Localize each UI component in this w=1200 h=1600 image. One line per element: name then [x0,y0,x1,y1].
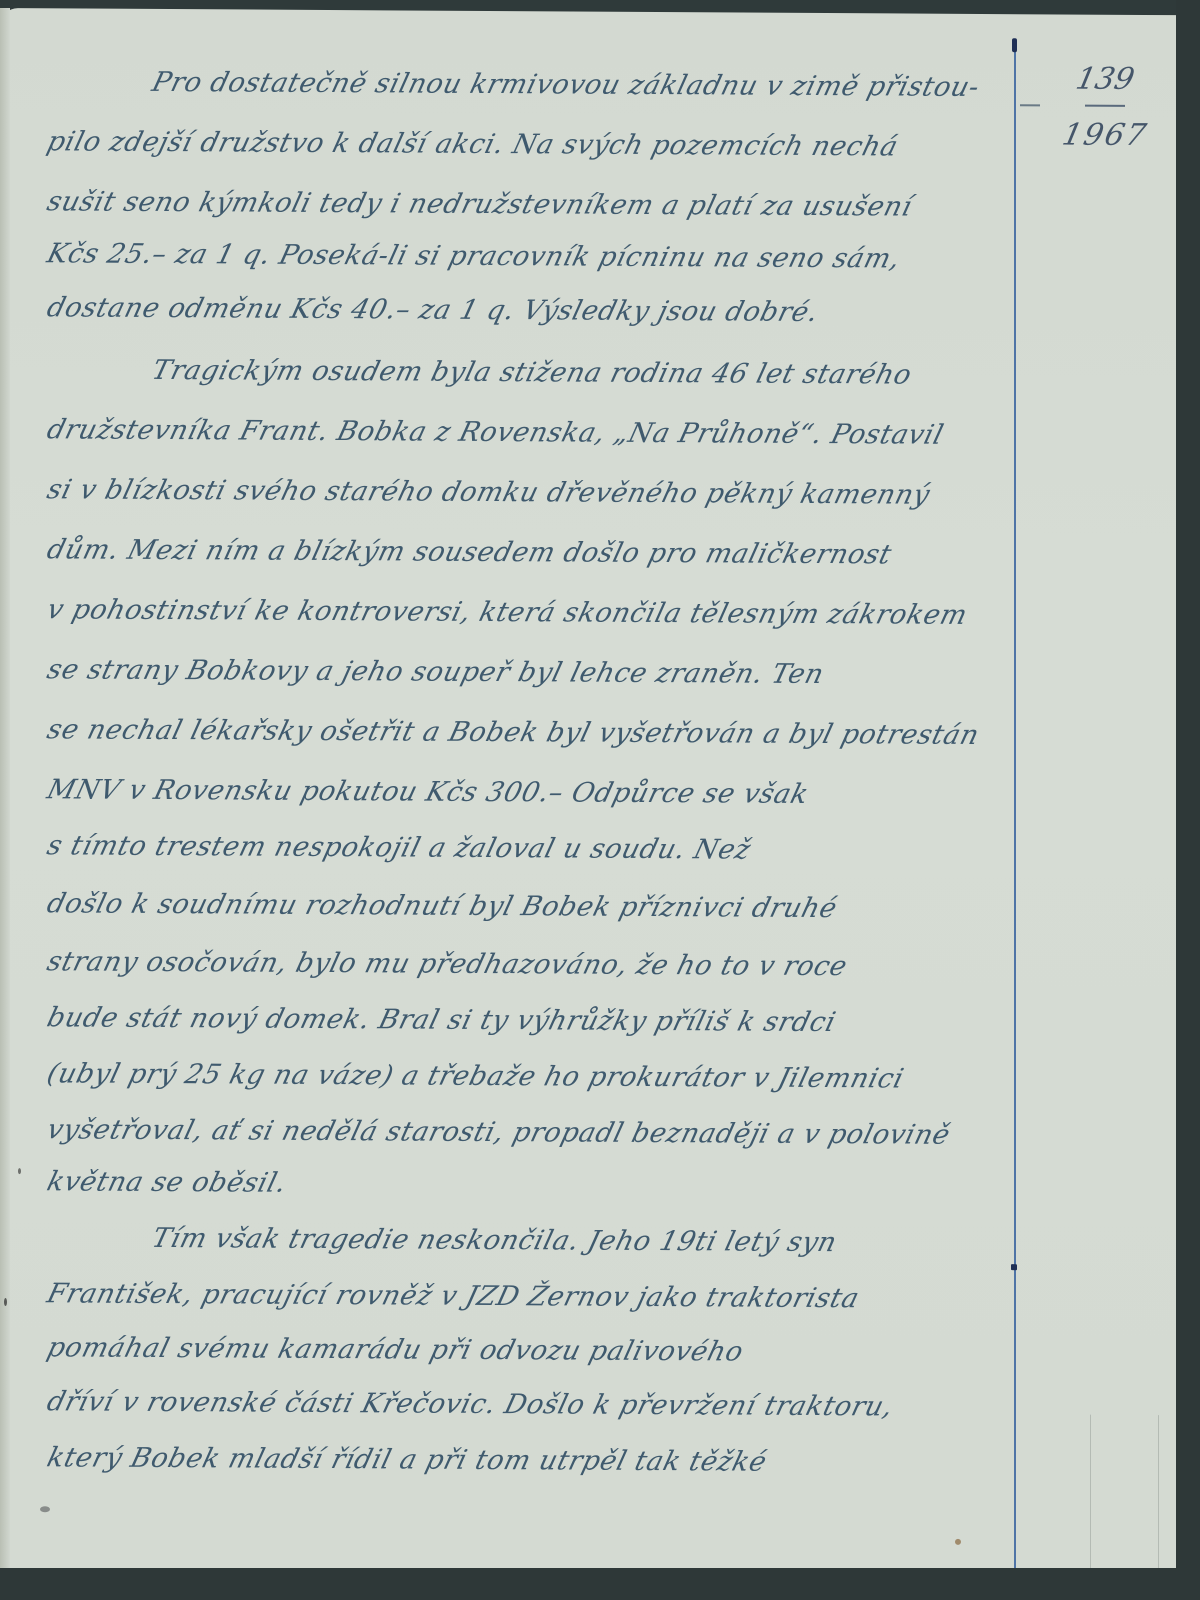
margin-rule [1014,40,1016,1568]
text-line: v pohostinství ke kontroversi, která sko… [40,580,974,646]
text-line: družstevníka Frant. Bobka z Rovenska, „N… [40,400,950,466]
ink-speck [40,1506,50,1512]
text-line: MNV v Rovensku pokutou Kčs 300.– Odpůrce… [40,760,815,825]
text-line: dům. Mezi ním a blízkým sousedem došlo p… [40,520,898,586]
text-line: došlo k soudnímu rozhodnutí byl Bobek př… [40,874,844,939]
line-continuation-dash [1020,104,1040,106]
text-line: s tímto trestem nespokojil a žaloval u s… [40,816,758,881]
text-line: bude stát nový domek. Bral si ty výhrůžk… [40,988,843,1053]
page-number: 139 [1057,64,1153,95]
text-line: Pro dostatečně silnou krmivovou základnu… [40,52,986,118]
text-line: který Bobek mladší řídil a při tom utrpě… [40,1428,774,1493]
margin-rule-ink-dot [1011,1264,1017,1270]
text-line: strany osočován, bylo mu předhazováno, ž… [40,932,854,997]
text-line: si v blízkosti svého starého domku dřevě… [40,460,937,526]
rust-spot [955,1539,961,1545]
text-line: se strany Bobkovy a jeho soupeř byl lehc… [40,640,831,705]
scanned-page: 139 1967 Pro dostatečně silnou krmivovou… [0,0,1176,1568]
text-line: Tragickým osudem byla stižena rodina 46 … [40,340,918,406]
page-number-block: 139 1967 [1060,64,1150,151]
text-line: května se oběsil. [40,1152,293,1214]
handwritten-text: Pro dostatečně silnou krmivovou základnu… [40,52,1015,58]
binding-edge [0,8,10,1568]
margin-rule-ink-blot [1012,38,1017,52]
text-line: pilo zdejší družstvo k další akci. Na sv… [40,112,905,178]
paper-sheet: 139 1967 Pro dostatečně silnou krmivovou… [0,8,1176,1568]
faint-ruling-line [1090,1415,1091,1568]
page-number-divider [1085,105,1125,107]
faint-ruling-line [1158,1415,1159,1568]
text-line: dostane odměnu Kčs 40.– za 1 q. Výsledky… [40,278,825,343]
ink-speck [4,1298,7,1306]
page-year: 1967 [1057,120,1153,151]
ink-speck [18,1168,21,1174]
text-line: se nechal lékařsky ošetřit a Bobek byl v… [40,700,986,766]
text-line: Tím však tragedie neskončila. Jeho 19ti … [40,1208,844,1273]
